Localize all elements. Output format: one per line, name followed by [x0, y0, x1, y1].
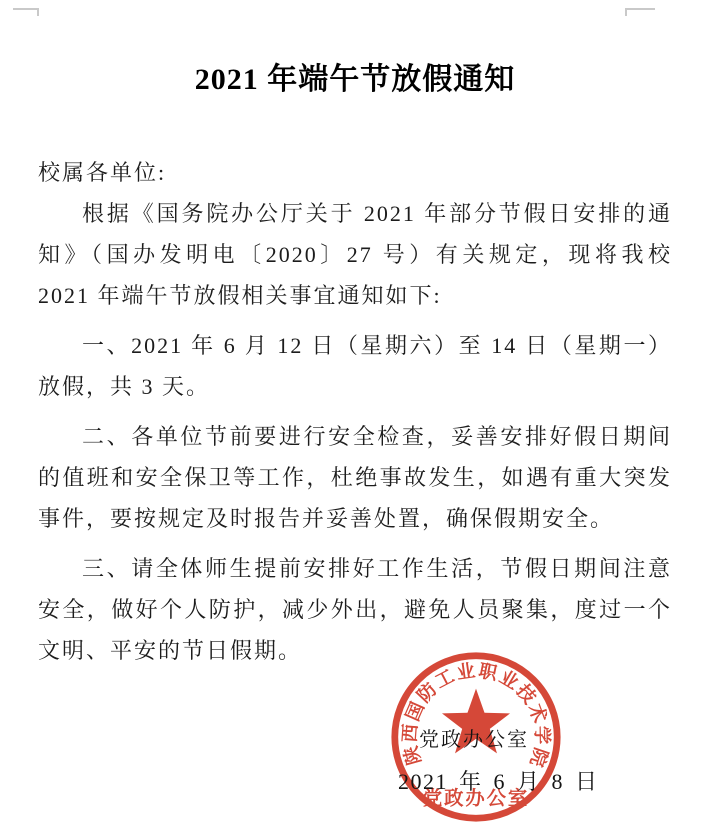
paragraph-item-3: 三、请全体师生提前安排好工作生活，节假日期间注意安全，做好个人防护，减少外出，避…: [38, 548, 672, 671]
salutation: 校属各单位:: [38, 152, 672, 193]
page-margin-mark-top-right-tick: [625, 8, 627, 16]
paragraph-item-1: 一、2021 年 6 月 12 日（星期六）至 14 日（星期一）放假，共 3 …: [38, 325, 672, 407]
notice-body: 校属各单位: 根据《国务院办公厅关于 2021 年部分节假日安排的通知》（国办发…: [38, 152, 672, 671]
signature-office: 党政办公室: [419, 723, 529, 752]
seal-bottom-text: 党政办公室: [423, 787, 529, 810]
notice-document-page: 2021 年端午节放假通知 校属各单位: 根据《国务院办公厅关于 2021 年部…: [0, 0, 710, 826]
seal-arc-text: 陕西国防工业职业技术学院: [399, 660, 553, 771]
svg-text:陕西国防工业职业技术学院: 陕西国防工业职业技术学院: [399, 660, 553, 771]
page-margin-mark-top-right: [625, 8, 655, 10]
official-seal: 陕西国防工业职业技术学院 党政办公室: [389, 648, 563, 826]
page-margin-mark-top-left-tick: [37, 8, 39, 16]
page-margin-mark-top-left: [13, 8, 39, 10]
seal-ring: [395, 656, 557, 818]
signature-date: 2021 年 6 月 8 日: [398, 765, 599, 796]
seal-star-icon: [442, 689, 510, 754]
notice-title: 2021 年端午节放假通知: [0, 0, 710, 98]
paragraph-item-2: 二、各单位节前要进行安全检查，妥善安排好假日期间的值班和安全保卫等工作，杜绝事故…: [38, 416, 672, 539]
paragraph-basis: 根据《国务院办公厅关于 2021 年部分节假日安排的通知》（国办发明电〔2020…: [38, 193, 672, 316]
